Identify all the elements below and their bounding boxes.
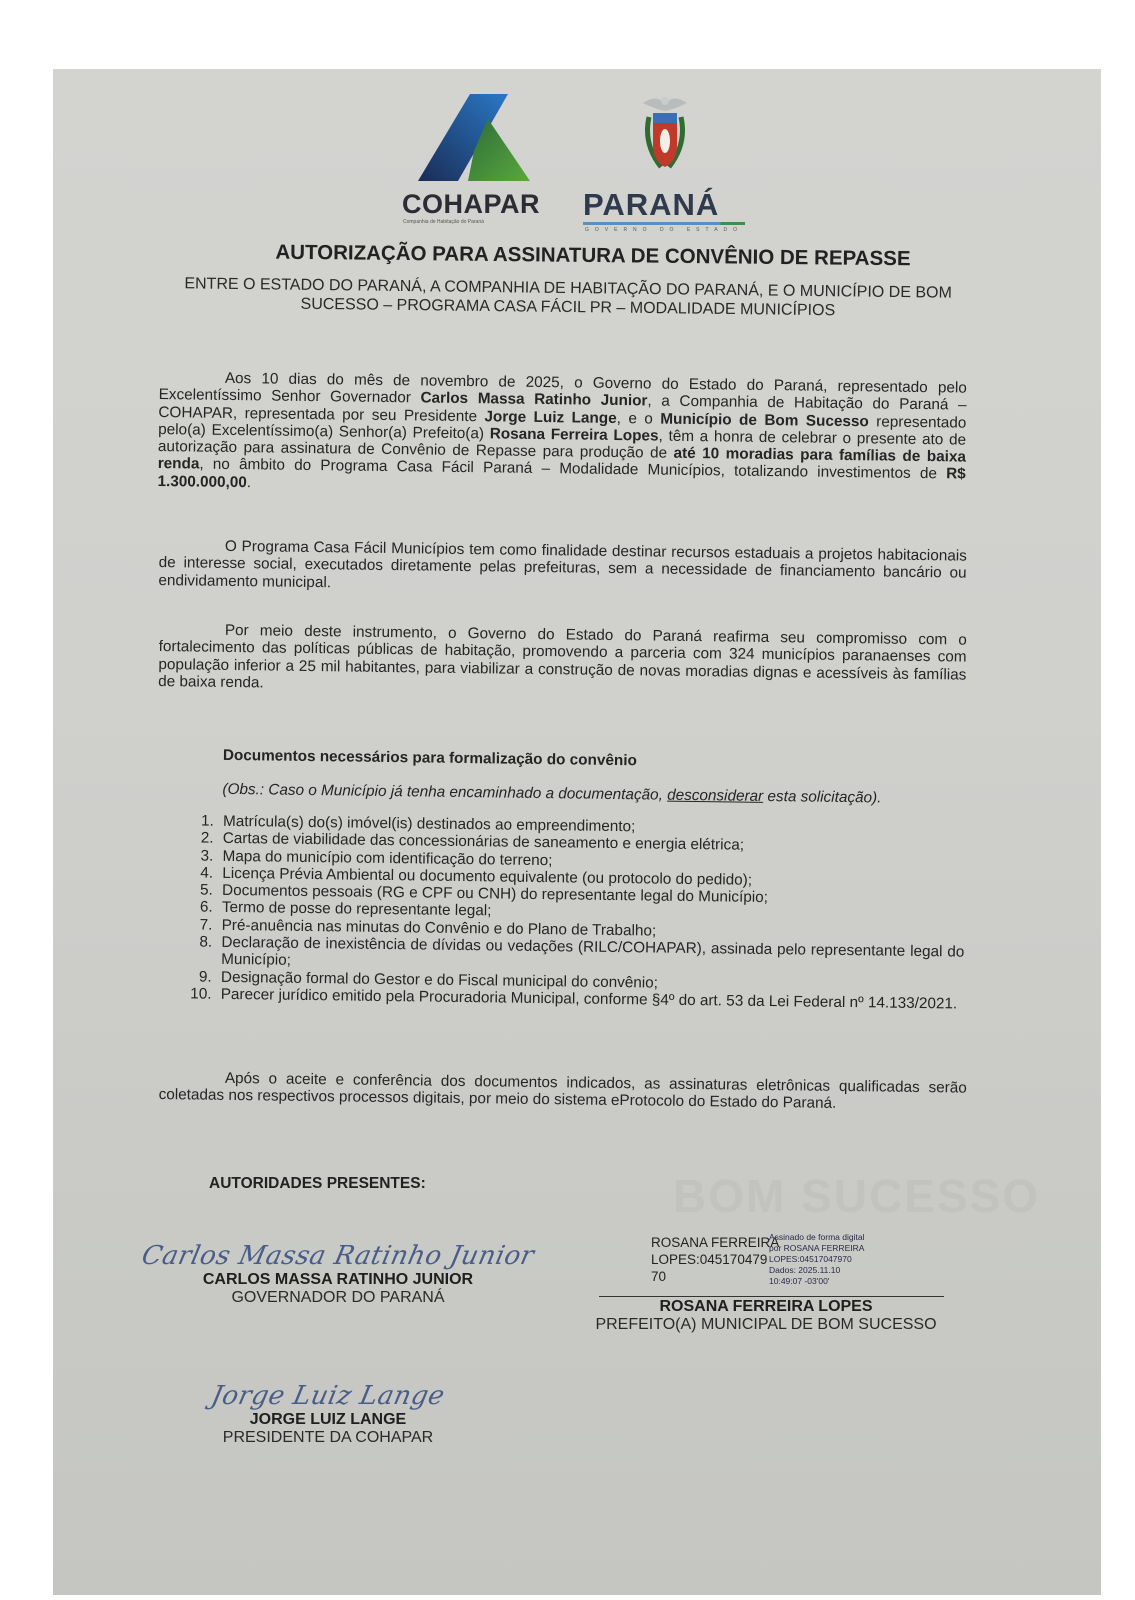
paragraph-program: O Programa Casa Fácil Municípios tem com…: [158, 537, 967, 599]
text: esta solicitação).: [763, 788, 881, 807]
parana-wordmark: PARANÁ: [583, 187, 719, 223]
paragraph-commitment-text: Por meio deste instrumento, o Governo do…: [158, 621, 967, 701]
header-logos: COHAPAR Companhia de Habitação do Paraná…: [398, 89, 758, 234]
background-watermark: BOM SUCESSO: [673, 1169, 1040, 1223]
text: 70: [651, 1268, 779, 1285]
required-documents-list: Matrícula(s) do(s) imóvel(is) destinados…: [156, 812, 966, 1013]
cohapar-tagline: Companhia de Habitação do Paraná: [403, 219, 484, 225]
text: LOPES:045170479: [651, 1251, 779, 1268]
president-name: Jorge Luiz Lange: [484, 408, 616, 427]
signatory-name: CARLOS MASSA RATINHO JUNIOR: [138, 1271, 538, 1289]
handwritten-signature: Jorge Luiz Lange: [190, 1381, 466, 1411]
cohapar-wordmark: COHAPAR: [402, 189, 540, 220]
text: (Obs.: Caso o Município já tenha encamin…: [222, 781, 667, 804]
cohapar-logo: COHAPAR Companhia de Habitação do Paraná: [398, 89, 558, 234]
signature-time: 10:49:07 -03'00': [769, 1276, 864, 1287]
document-page: BOM SUCESSO COHAPAR Companhia de: [53, 69, 1101, 1595]
required-documents-note: (Obs.: Caso o Município já tenha encamin…: [222, 781, 966, 809]
cohapar-house-icon: [398, 89, 558, 189]
required-documents-heading: Documentos necessários para formalização…: [223, 747, 967, 775]
text: Assinado de forma digital: [769, 1232, 864, 1243]
digital-signature-details: Assinado de forma digital por ROSANA FER…: [769, 1232, 864, 1287]
document-title: AUTORIZAÇÃO PARA ASSINATURA DE CONVÊNIO …: [233, 240, 953, 272]
signature-date: Dados: 2025.11.10: [769, 1265, 864, 1276]
underlined-text: desconsiderar: [667, 787, 763, 805]
signature-mayor: ROSANA FERREIRA LOPES:045170479 70 Assin…: [573, 1226, 973, 1334]
signatory-role: GOVERNADOR DO PARANÁ: [138, 1289, 538, 1307]
paragraph-signatures-note-text: Após o aceite e conferência dos document…: [159, 1069, 967, 1114]
parana-crest-icon: [583, 89, 753, 187]
text: , e o: [617, 410, 661, 428]
parana-tagline: GOVERNO DO ESTADO: [585, 227, 743, 233]
signatory-role: PRESIDENTE DA COHAPAR: [193, 1429, 463, 1447]
signature-president: Jorge Luiz Lange JORGE LUIZ LANGE PRESID…: [193, 1381, 463, 1447]
authorities-heading: AUTORIDADES PRESENTES:: [209, 1175, 426, 1193]
paragraph-intro: Aos 10 dias do mês de novembro de 2025, …: [157, 369, 967, 501]
signatory-name: JORGE LUIZ LANGE: [193, 1411, 463, 1429]
text: ROSANA FERREIRA: [651, 1234, 779, 1251]
document-subtitle: ENTRE O ESTADO DO PARANÁ, A COMPANHIA DE…: [158, 274, 978, 322]
signatory-role: PREFEITO(A) MUNICIPAL DE BOM SUCESSO: [559, 1316, 973, 1334]
paragraph-program-text: O Programa Casa Fácil Municípios tem com…: [158, 537, 967, 599]
parana-logo: PARANÁ GOVERNO DO ESTADO: [583, 89, 753, 234]
digital-signature-stamp: ROSANA FERREIRA LOPES:045170479 70 Assin…: [573, 1226, 973, 1296]
paragraph-commitment: Por meio deste instrumento, o Governo do…: [158, 621, 967, 701]
handwritten-signature: Carlos Massa Ratinho Junior: [135, 1241, 541, 1271]
mayor-name: Rosana Ferreira Lopes: [490, 425, 659, 444]
text: LOPES:04517047970: [769, 1254, 864, 1265]
signatory-name: ROSANA FERREIRA LOPES: [559, 1298, 973, 1316]
signature-governor: Carlos Massa Ratinho Junior CARLOS MASSA…: [138, 1241, 538, 1307]
text: por ROSANA FERREIRA: [769, 1243, 864, 1254]
text: .: [247, 474, 251, 491]
parana-divider: [583, 222, 745, 225]
signature-line: [599, 1296, 944, 1297]
digital-signer-id: ROSANA FERREIRA LOPES:045170479 70: [651, 1234, 779, 1285]
required-documents-section: Documentos necessários para formalização…: [156, 746, 967, 1013]
paragraph-signatures-note: Após o aceite e conferência dos document…: [159, 1069, 967, 1114]
